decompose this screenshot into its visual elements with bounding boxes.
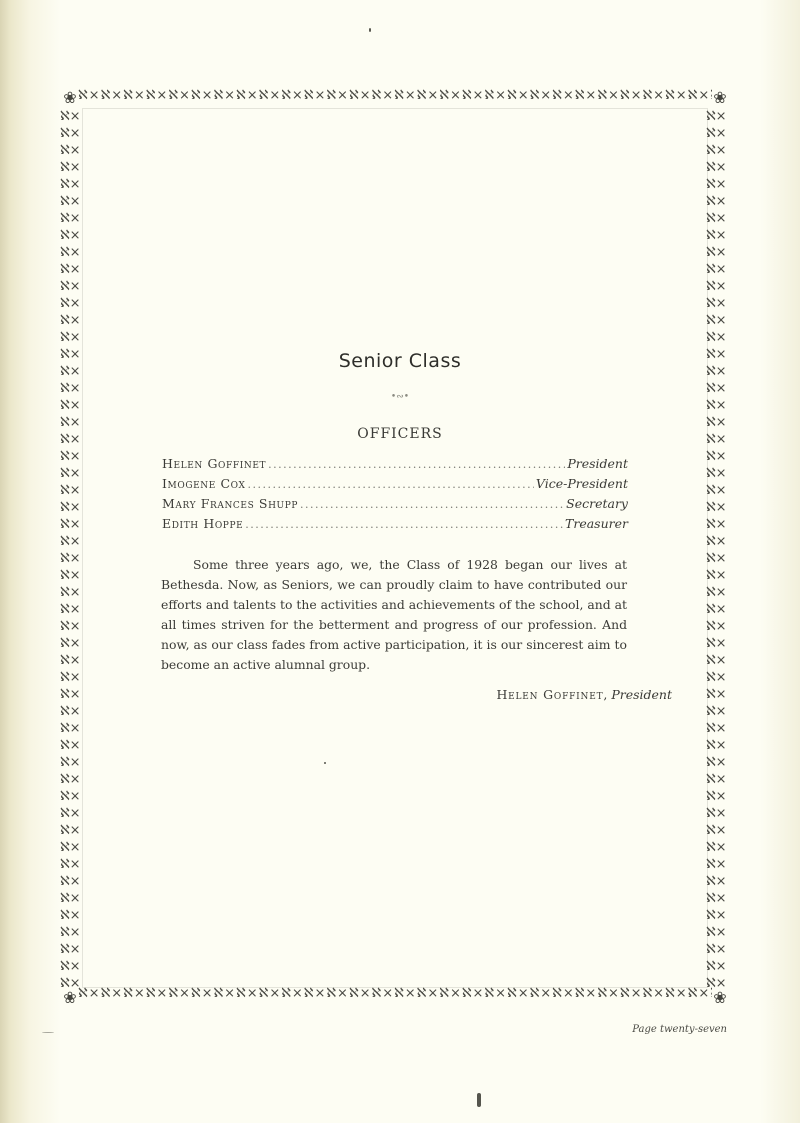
officer-row: Mary Frances Shupp Secretary — [162, 496, 628, 516]
officer-role: Treasurer — [565, 516, 628, 531]
signature-name: Helen Goffinet — [496, 687, 603, 702]
dot-leader — [248, 478, 534, 491]
scan-speck — [42, 1032, 54, 1033]
border-bottom-ornament: ℵ⨯ℵ⨯ℵ⨯ℵ⨯ℵ⨯ℵ⨯ℵ⨯ℵ⨯ℵ⨯ℵ⨯ℵ⨯ℵ⨯ℵ⨯ℵ⨯ℵ⨯ℵ⨯ℵ⨯ℵ⨯ℵ⨯ℵ⨯… — [78, 986, 712, 1008]
class-statement: Some three years ago, we, the Class of 1… — [161, 555, 627, 675]
officer-name: Mary Frances Shupp — [162, 496, 298, 511]
corner-leaf-icon: ❀ — [710, 988, 730, 1008]
dot-leader — [300, 498, 564, 511]
scan-speck — [369, 28, 371, 32]
dot-leader — [245, 518, 563, 531]
decorative-border-frame: ℵ⨯ℵ⨯ℵ⨯ℵ⨯ℵ⨯ℵ⨯ℵ⨯ℵ⨯ℵ⨯ℵ⨯ℵ⨯ℵ⨯ℵ⨯ℵ⨯ℵ⨯ℵ⨯ℵ⨯ℵ⨯ℵ⨯ℵ⨯… — [60, 88, 730, 1008]
officer-name: Helen Goffinet — [162, 456, 266, 471]
officers-heading: OFFICERS — [0, 426, 800, 442]
flourish-ornament-icon: •∾• — [0, 392, 800, 402]
frame-inner-line — [82, 108, 708, 988]
border-top-ornament: ℵ⨯ℵ⨯ℵ⨯ℵ⨯ℵ⨯ℵ⨯ℵ⨯ℵ⨯ℵ⨯ℵ⨯ℵ⨯ℵ⨯ℵ⨯ℵ⨯ℵ⨯ℵ⨯ℵ⨯ℵ⨯ℵ⨯ℵ⨯… — [78, 88, 712, 110]
officer-role: President — [567, 456, 628, 471]
officer-role: Secretary — [566, 496, 628, 511]
signature-role: President — [611, 687, 672, 702]
corner-leaf-icon: ❀ — [60, 988, 80, 1008]
page-number: Page twenty-seven — [632, 1024, 727, 1035]
officers-list: Helen Goffinet President Imogene Cox Vic… — [162, 456, 628, 536]
officer-row: Imogene Cox Vice-President — [162, 476, 628, 496]
officer-name: Edith Hoppe — [162, 516, 243, 531]
scan-speck — [477, 1093, 481, 1107]
border-right-ornament: ℵ⨯ℵ⨯ℵ⨯ℵ⨯ℵ⨯ℵ⨯ℵ⨯ℵ⨯ℵ⨯ℵ⨯ℵ⨯ℵ⨯ℵ⨯ℵ⨯ℵ⨯ℵ⨯ℵ⨯ℵ⨯ℵ⨯ℵ⨯… — [706, 108, 730, 988]
officer-row: Edith Hoppe Treasurer — [162, 516, 628, 536]
class-statement-paragraph: Some three years ago, we, the Class of 1… — [161, 555, 627, 675]
border-left-ornament: ℵ⨯ℵ⨯ℵ⨯ℵ⨯ℵ⨯ℵ⨯ℵ⨯ℵ⨯ℵ⨯ℵ⨯ℵ⨯ℵ⨯ℵ⨯ℵ⨯ℵ⨯ℵ⨯ℵ⨯ℵ⨯ℵ⨯ℵ⨯… — [60, 108, 84, 988]
officer-row: Helen Goffinet President — [162, 456, 628, 476]
officer-name: Imogene Cox — [162, 476, 246, 491]
corner-leaf-icon: ❀ — [710, 88, 730, 108]
scan-speck — [324, 762, 326, 764]
officer-role: Vice-President — [536, 476, 628, 491]
dot-leader — [268, 458, 565, 471]
page-title: Senior Class — [0, 350, 800, 372]
signature: Helen Goffinet, President — [496, 687, 672, 702]
corner-leaf-icon: ❀ — [60, 88, 80, 108]
